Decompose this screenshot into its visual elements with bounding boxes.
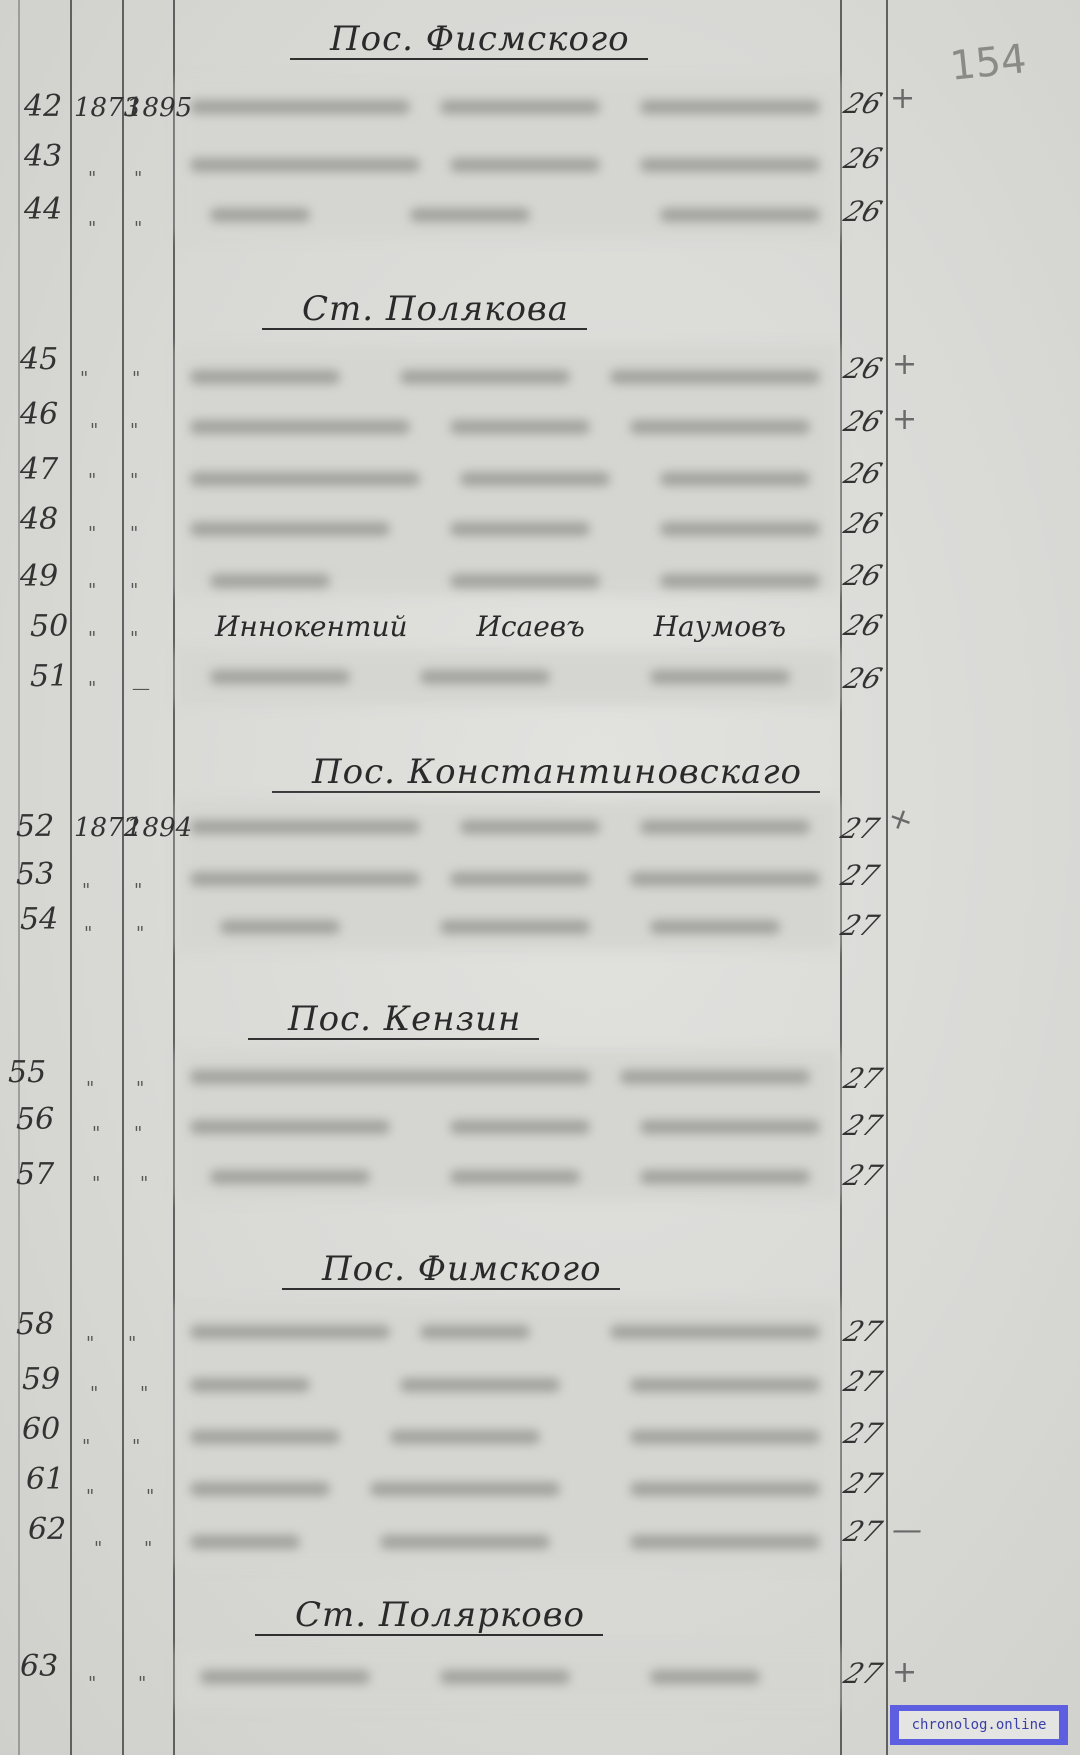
row-number: 61 [26, 1465, 64, 1495]
row-number: 57 [16, 1160, 54, 1190]
year-ditto: " [144, 1540, 152, 1558]
age: 26 [840, 355, 885, 383]
redacted-word [640, 100, 820, 114]
redacted-word [640, 1170, 810, 1184]
section-heading: Пос. Константиновскаго [272, 755, 820, 793]
birth-year-ditto: " [88, 472, 96, 490]
column-rule-number [70, 0, 72, 1755]
birth-year-ditto: " [88, 220, 96, 238]
redacted-word [380, 1535, 550, 1549]
redacted-word [630, 1430, 820, 1444]
margin-mark: + [892, 350, 917, 380]
redacted-word [190, 1120, 390, 1134]
row-number: 60 [22, 1415, 60, 1445]
redacted-word [190, 370, 340, 384]
folio-number: 154 [948, 36, 1029, 90]
year-ditto: " [128, 1335, 136, 1353]
redacted-word [610, 370, 820, 384]
section-heading: Пос. Фимского [282, 1252, 620, 1290]
redacted-word [650, 920, 780, 934]
row-number: 62 [28, 1515, 66, 1545]
margin-mark: + [890, 84, 915, 114]
redacted-word [650, 670, 790, 684]
redacted-word [370, 1482, 560, 1496]
age: 26 [840, 612, 885, 640]
birth-year-ditto: " [86, 1335, 94, 1353]
redacted-word [210, 208, 310, 222]
birth-year-ditto: " [80, 370, 88, 388]
year: 1894 [126, 815, 192, 841]
age: 27 [837, 815, 882, 843]
redacted-word [450, 1120, 590, 1134]
year-ditto: " [138, 1675, 146, 1693]
section-heading: Ст. Полярково [255, 1598, 603, 1636]
birth-year-ditto: " [88, 630, 96, 648]
year-ditto: " [130, 630, 138, 648]
redacted-word [610, 1325, 820, 1339]
column-rule-age-right [886, 0, 888, 1755]
year-ditto: " [146, 1488, 154, 1506]
row-number: 63 [20, 1652, 58, 1682]
birth-year-ditto: " [92, 1125, 100, 1143]
redacted-word [210, 670, 350, 684]
redacted-word [630, 420, 810, 434]
redacted-word [220, 920, 340, 934]
row-number: 59 [22, 1365, 60, 1395]
redacted-word [630, 1378, 820, 1392]
redacted-word [450, 420, 590, 434]
row-number: 50 [30, 612, 68, 642]
redacted-word [450, 574, 600, 588]
row-number: 45 [20, 345, 58, 375]
year-ditto: " [130, 422, 138, 440]
age: 27 [840, 1660, 885, 1688]
visible-name-entry: Иннокентий Исаевъ Наумовъ [215, 610, 786, 643]
redacted-word [420, 670, 550, 684]
age: 27 [837, 912, 882, 940]
row-number: 43 [24, 142, 62, 172]
redacted-word [460, 820, 600, 834]
birth-year-ditto: " [88, 170, 96, 188]
year-ditto: " [134, 170, 142, 188]
redacted-word [400, 370, 570, 384]
year-ditto: " [140, 1385, 148, 1403]
redacted-word [630, 872, 820, 886]
redacted-word [190, 820, 420, 834]
redacted-word [210, 1170, 370, 1184]
redacted-word [650, 1670, 760, 1684]
redacted-word [440, 920, 590, 934]
age: 26 [840, 562, 885, 590]
birth-year-ditto: " [94, 1540, 102, 1558]
year-ditto: " [130, 525, 138, 543]
birth-year-ditto: " [88, 1675, 96, 1693]
birth-year-ditto: " [90, 1385, 98, 1403]
redacted-word [190, 1070, 590, 1084]
year-ditto: " [130, 472, 138, 490]
row-number: 47 [20, 455, 58, 485]
year-ditto: " [132, 1438, 140, 1456]
age: 26 [840, 460, 885, 488]
column-rule-year [173, 0, 175, 1755]
age: 27 [840, 1470, 885, 1498]
margin-mark: + [884, 802, 918, 839]
age: 27 [840, 1368, 885, 1396]
year-ditto: " [132, 370, 140, 388]
age: 26 [840, 90, 885, 118]
age: 26 [840, 408, 885, 436]
margin-mark: + [892, 405, 917, 435]
redacted-word [640, 1120, 820, 1134]
age: 27 [840, 1420, 885, 1448]
year-ditto: " [136, 1080, 144, 1098]
row-number: 48 [20, 505, 58, 535]
year-ditto: " [134, 220, 142, 238]
row-number: 51 [30, 662, 68, 692]
age: 27 [840, 1065, 885, 1093]
birth-year-ditto: " [90, 422, 98, 440]
birth-year-ditto: " [86, 1080, 94, 1098]
age: 26 [840, 665, 885, 693]
redacted-word [660, 574, 820, 588]
redacted-word [440, 1670, 570, 1684]
birth-year-ditto: " [92, 1175, 100, 1193]
redacted-word [190, 522, 390, 536]
redacted-word [630, 1482, 820, 1496]
age: 26 [840, 510, 885, 538]
redacted-word [450, 522, 590, 536]
watermark-text: chronolog.online [899, 1711, 1059, 1739]
year-ditto: " [134, 1125, 142, 1143]
birth-year-ditto: " [88, 680, 96, 698]
year: 1895 [126, 95, 192, 121]
age: 27 [840, 1112, 885, 1140]
age: 27 [840, 1318, 885, 1346]
redacted-word [200, 1670, 370, 1684]
redacted-word [190, 1430, 340, 1444]
row-number: 53 [16, 860, 54, 890]
row-number: 42 [24, 92, 62, 122]
redacted-word [190, 1482, 330, 1496]
margin-mark: — [892, 1516, 922, 1546]
year-ditto: " [130, 582, 138, 600]
redacted-word [630, 1535, 820, 1549]
redacted-word [620, 1070, 810, 1084]
year-ditto: — [132, 680, 150, 698]
watermark-badge[interactable]: chronolog.online [890, 1705, 1068, 1745]
birth-year-ditto: " [84, 925, 92, 943]
redacted-word [190, 872, 420, 886]
redacted-word [640, 158, 820, 172]
redacted-word [390, 1430, 540, 1444]
redacted-word [190, 420, 410, 434]
redacted-word [420, 1325, 530, 1339]
year-ditto: " [136, 925, 144, 943]
age: 26 [840, 198, 885, 226]
birth-year-ditto: " [82, 882, 90, 900]
birth-year-ditto: " [88, 582, 96, 600]
redacted-word [190, 1378, 310, 1392]
row-number: 55 [8, 1058, 46, 1088]
redacted-word [460, 472, 610, 486]
birth-year-ditto: " [86, 1488, 94, 1506]
redacted-word [450, 872, 590, 886]
row-number: 58 [16, 1310, 54, 1340]
redacted-word [640, 820, 810, 834]
year-ditto: " [134, 882, 142, 900]
redacted-word [210, 574, 330, 588]
row-number: 56 [16, 1105, 54, 1135]
redacted-word [660, 472, 810, 486]
section-heading: Ст. Полякова [262, 292, 587, 330]
birth-year-ditto: " [82, 1438, 90, 1456]
row-number: 54 [20, 905, 58, 935]
year-ditto: " [140, 1175, 148, 1193]
redacted-word [190, 100, 410, 114]
birth-year-ditto: " [88, 525, 96, 543]
redacted-word [190, 158, 420, 172]
age: 27 [837, 862, 882, 890]
redacted-word [440, 100, 600, 114]
redacted-word [450, 158, 600, 172]
redacted-word [450, 1170, 580, 1184]
margin-mark: + [892, 1658, 917, 1688]
row-number: 44 [24, 195, 62, 225]
redacted-word [410, 208, 530, 222]
redacted-word [660, 208, 820, 222]
section-heading: Пос. Кензин [248, 1002, 539, 1040]
row-number: 46 [20, 400, 58, 430]
age: 27 [840, 1162, 885, 1190]
redacted-word [400, 1378, 560, 1392]
redacted-word [190, 1535, 300, 1549]
column-rule-birth-year [122, 0, 124, 1755]
row-number: 52 [16, 812, 54, 842]
row-number: 49 [20, 562, 58, 592]
redacted-word [660, 522, 820, 536]
redacted-word [190, 472, 420, 486]
age: 27 [840, 1518, 885, 1546]
section-heading: Пос. Фисмского [290, 22, 648, 60]
age: 26 [840, 145, 885, 173]
redacted-word [190, 1325, 390, 1339]
